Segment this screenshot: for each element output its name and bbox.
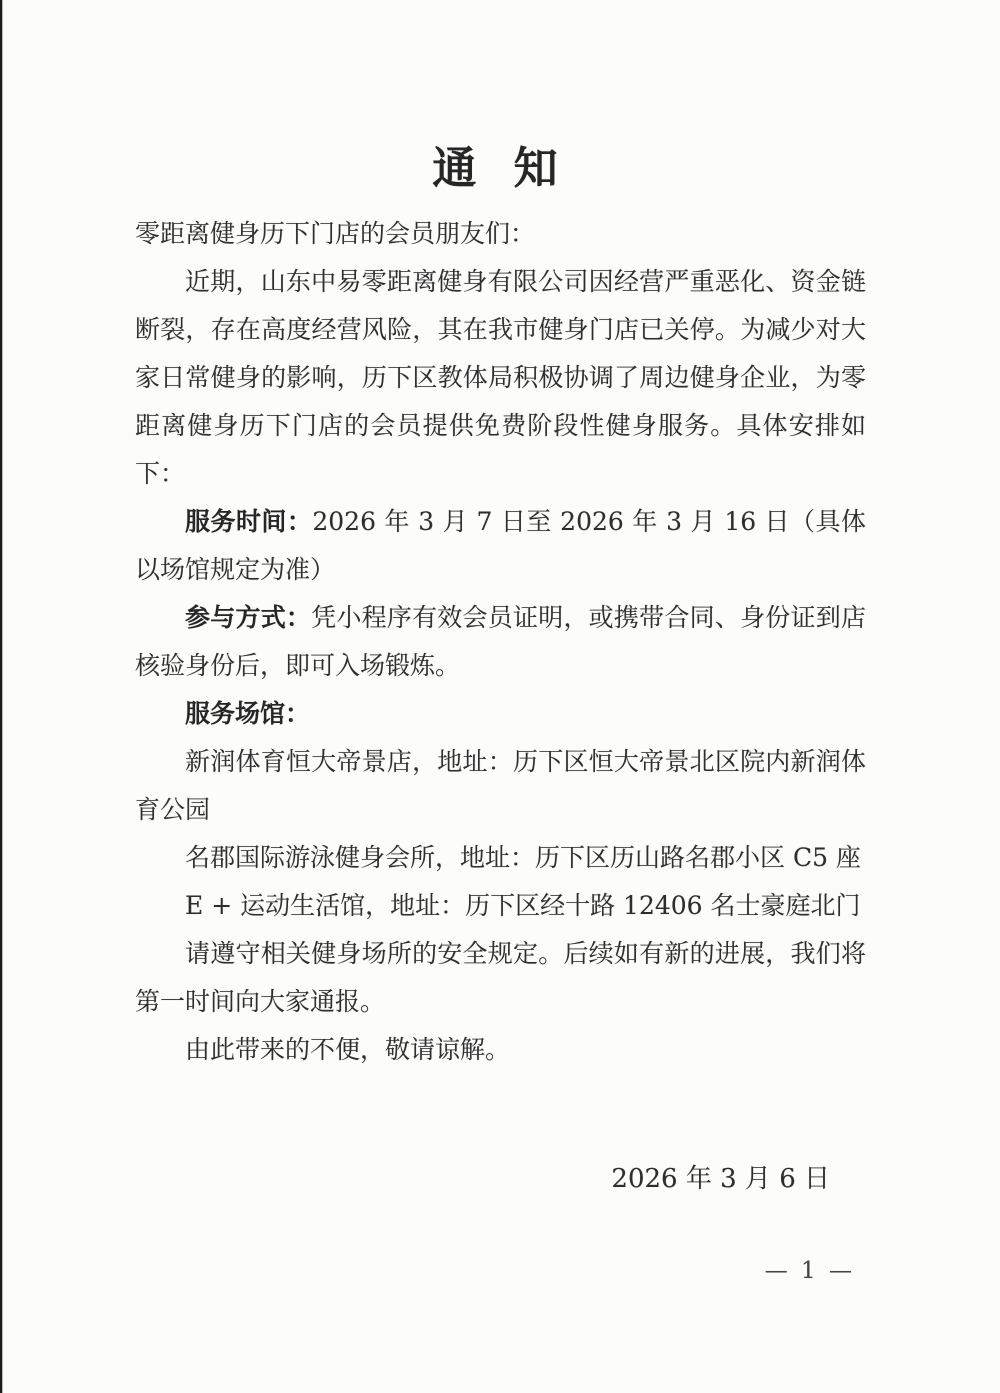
- paragraph-venue-xinrun: 新润体育恒大帝景店，地址：历下区恒大帝景北区院内新润体育公园: [135, 738, 866, 834]
- paragraph-intro: 近期，山东中易零距离健身有限公司因经营严重恶化、资金链断裂，存在高度经营风险，其…: [135, 258, 866, 498]
- paragraph-service-time: 服务时间：2026 年 3 月 7 日至 2026 年 3 月 16 日（具体以…: [135, 498, 866, 594]
- paragraph-safety-note: 请遵守相关健身场所的安全规定。后续如有新的进展，我们将第一时间向大家通报。: [135, 930, 866, 1026]
- participation-label: 参与方式：: [185, 603, 311, 632]
- document-page: 通 知 零距离健身历下门店的会员朋友们： 近期，山东中易零距离健身有限公司因经营…: [0, 0, 1000, 1393]
- paragraph-venue-eplus: E + 运动生活馆，地址：历下区经十路 12406 名士豪庭北门: [135, 882, 866, 930]
- venues-heading-label: 服务场馆：: [185, 699, 310, 728]
- apology-text: 由此带来的不便，敬请谅解。: [185, 1035, 510, 1064]
- document-title: 通 知: [135, 132, 866, 196]
- service-time-label: 服务时间：: [185, 507, 312, 536]
- paragraph-venue-mingjun: 名郡国际游泳健身会所，地址：历下区历山路名郡小区 C5 座: [135, 834, 866, 882]
- paragraph-participation: 参与方式：凭小程序有效会员证明，或携带合同、身份证到店核验身份后，即可入场锻炼。: [135, 594, 866, 690]
- salutation: 零距离健身历下门店的会员朋友们：: [135, 210, 866, 258]
- paragraph-intro-text: 近期，山东中易零距离健身有限公司因经营严重恶化、资金链断裂，存在高度经营风险，其…: [135, 267, 866, 488]
- venue-mingjun-text: 名郡国际游泳健身会所，地址：历下区历山路名郡小区 C5 座: [185, 843, 861, 872]
- page-number: — 1 —: [765, 1258, 855, 1284]
- scan-edge-artifact: [0, 0, 3, 1393]
- paragraph-apology: 由此带来的不便，敬请谅解。: [135, 1026, 866, 1074]
- venue-eplus-text: E + 运动生活馆，地址：历下区经十路 12406 名士豪庭北门: [185, 891, 861, 920]
- safety-note-text: 请遵守相关健身场所的安全规定。后续如有新的进展，我们将第一时间向大家通报。: [135, 939, 866, 1016]
- venue-xinrun-text: 新润体育恒大帝景店，地址：历下区恒大帝景北区院内新润体育公园: [135, 747, 866, 824]
- document-body: 零距离健身历下门店的会员朋友们： 近期，山东中易零距离健身有限公司因经营严重恶化…: [135, 210, 866, 1074]
- signature-date: 2026 年 3 月 6 日: [135, 1158, 866, 1195]
- paragraph-venues-heading: 服务场馆：: [135, 690, 866, 738]
